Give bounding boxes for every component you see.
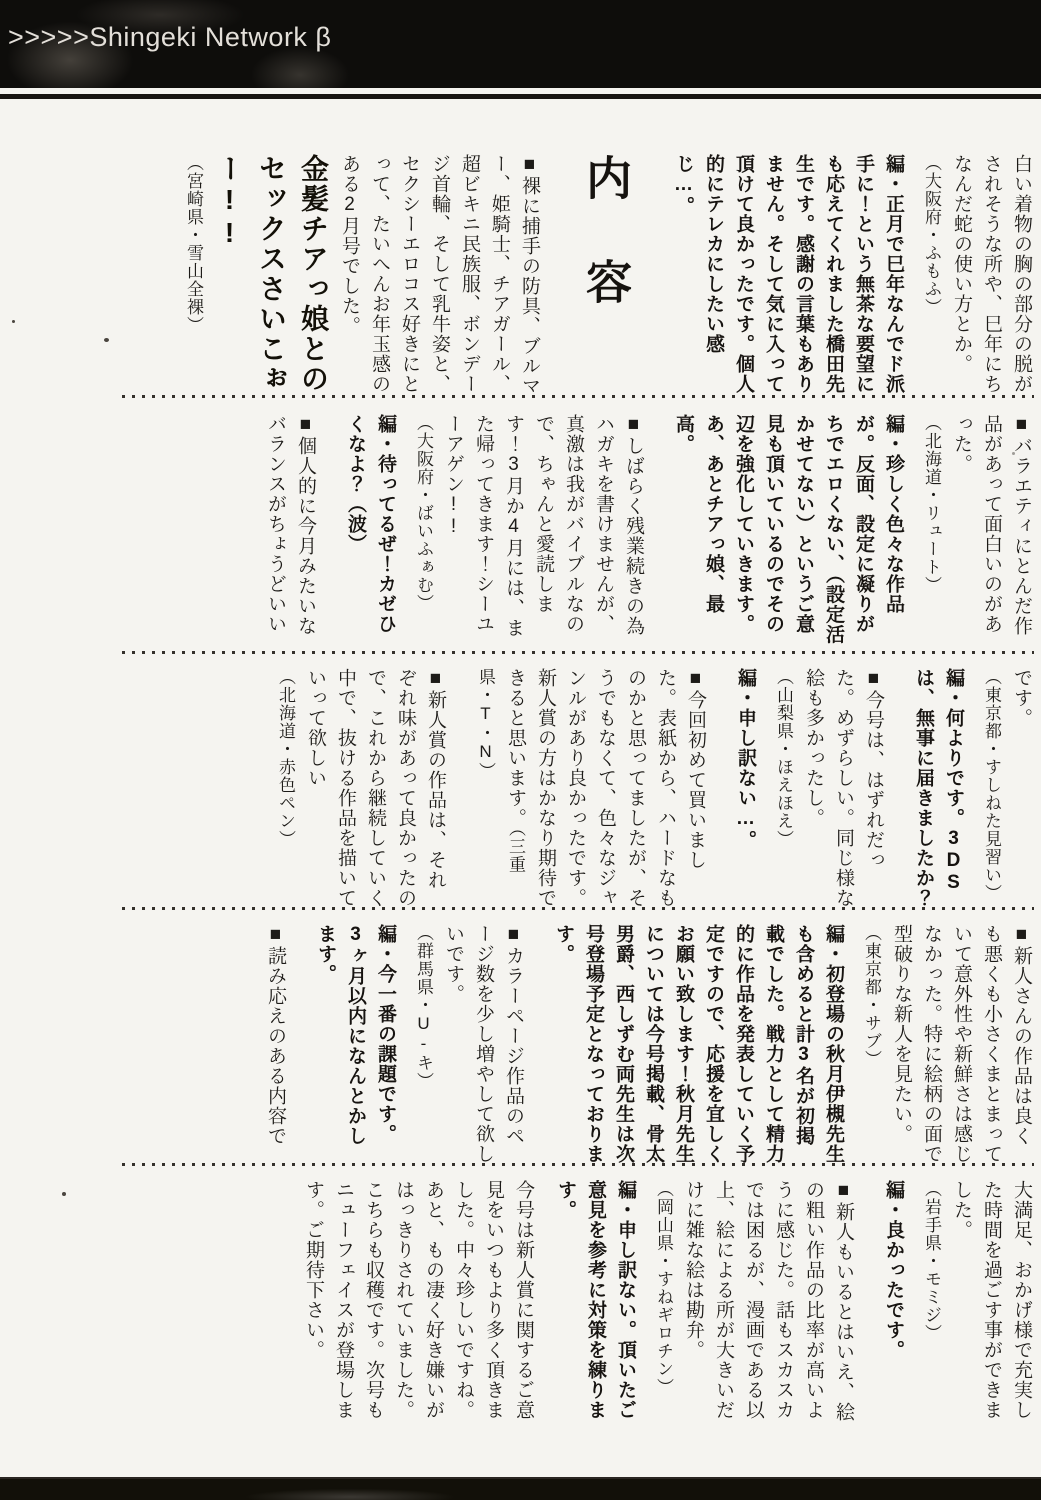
letter-text: ■今号は、はずれだった。めずらしい。同じ様な絵も多かったし。 [803, 668, 884, 908]
letter-text: ■カラーページ作品のページ数を少し増やして欲しいです。 [443, 924, 524, 1164]
letter-text: ■裸に捕手の防具、ブルマー、姫騎士、チアガール、超ビキニ民族服、ボンデージ首輪、… [339, 154, 540, 396]
editor-reply: 編・良かったです。 [878, 1180, 908, 1426]
dotted-divider [122, 907, 1034, 910]
editor-note: 今号は新人賞に関するご意見をいつもより多く頂きました。中々珍しいですね。あと、も… [298, 1180, 538, 1426]
editor-reply: 編・申し訳ない。頂いたご意見を参考に対策を練ります。 [550, 1180, 640, 1426]
sender-name: （山梨県・ほえほえ） [774, 668, 793, 848]
letter-text: 大満足、おかげ様で充実した時間を過ごす事ができました。 [951, 1180, 1032, 1420]
dotted-divider [122, 651, 1034, 654]
editor-reply: 編・初登場の秋月伊槻先生も含めると計3名が初掲載でした。戦力として精力的に作品を… [548, 924, 848, 1164]
sender-name: （岩手県・モミジ） [922, 1180, 941, 1342]
reader-letter: ■新人賞の作品は、それぞれ味があって良かったので、これから継続していく中で、抜け… [270, 668, 450, 908]
letter-text: 白い着物の胸の部分の脱がされそうな所や、巳年にちなんだ蛇の使い方とか。 [951, 154, 1032, 394]
letter-text: ■個人的に今月みたいなバランスがちょうどいい [265, 414, 316, 636]
letter-text: です。 [1011, 668, 1032, 728]
reader-letter: ■カラーページ作品のページ数を少し増やして欲しいです。（群馬県・U-キ） [408, 924, 528, 1164]
editor-reply: 編・何よりです。3DSは、無事に届きましたか？ [908, 668, 968, 908]
editor-reply: 編・申し訳ない…。 [730, 668, 760, 908]
sender-name: （群馬県・U-キ） [414, 924, 433, 1090]
editor-reply-text: 編・申し訳ない…。 [735, 668, 756, 850]
header-rule [0, 94, 1041, 99]
reader-letter: 大満足、おかげ様で充実した時間を過ごす事ができました。（岩手県・モミジ） [916, 1180, 1036, 1426]
sender-name: （東京都・サブ） [862, 924, 881, 1068]
sender-name: （東京都・すしねた見習い） [982, 668, 1001, 902]
letter-text: ■新人もいるとはいえ、絵の粗い作品の比率が高いように感じた。話もスカスカでは困る… [683, 1180, 854, 1422]
letters-band-1: 白い着物の胸の部分の脱がされそうな所や、巳年にちなんだ蛇の使い方とか。（大阪府・… [120, 154, 1036, 396]
reader-letter: ■しばらく残業続きの為ハガキを書けませんが、真激は我がバイブルなので、ちゃんと愛… [408, 414, 648, 652]
editor-reply-text: 編・良かったです。 [883, 1180, 904, 1360]
editor-reply: 編・正月で巳年なんでド派手に！という無茶な要望にも応えてくれました橋田先生です。… [668, 154, 908, 396]
letter-text: ■読み応えのある内容で [265, 924, 286, 1146]
scan-speck [1012, 452, 1015, 455]
section-title: 内容 [580, 154, 632, 362]
reader-letter: ■読み応えのある内容で [260, 924, 290, 1164]
editor-reply-text: 編・申し訳ない。頂いたご意見を参考に対策を練ります。 [555, 1180, 636, 1420]
letter-text: ■新人賞の作品は、それぞれ味があって良かったので、これから継続していく中で、抜け… [305, 668, 446, 908]
editor-reply-text: 編・正月で巳年なんでド派手に！という無茶な要望にも応えてくれました橋田先生です。… [673, 154, 904, 394]
editor-reply: 編・待ってるぜ！カゼひくなよ？（波） [340, 414, 400, 652]
reader-letter: 白い着物の胸の部分の脱がされそうな所や、巳年にちなんだ蛇の使い方とか。（大阪府・… [916, 154, 1036, 396]
editor-reply-text: 編・待ってるぜ！カゼひくなよ？（波） [345, 414, 396, 634]
editor-note-text: 今号は新人賞に関するご意見をいつもより多く頂きました。中々珍しいですね。あと、も… [303, 1180, 534, 1420]
editor-reply: 編・今一番の課題です。3ヶ月以内になんとかします。 [310, 924, 400, 1164]
sender-name: （宮崎県・雪山全裸） [184, 154, 203, 334]
bottom-banner [0, 1477, 1041, 1500]
scan-speck [104, 338, 109, 342]
letters-band-4: ■新人さんの作品は良くも悪くも小さくまとまっていて意外性や新鮮さは感じなかった。… [120, 924, 1036, 1164]
sender-name: （北海道・リュート） [922, 414, 941, 594]
letter-headline: 金髪チアっ娘とのセックスさいこぉー!! [214, 154, 329, 394]
page-title: >>>>>Shingeki Network β [8, 22, 331, 53]
reader-letter: ■個人的に今月みたいなバランスがちょうどいい [260, 414, 320, 652]
letters-band-5: 大満足、おかげ様で充実した時間を過ごす事ができました。（岩手県・モミジ） 編・良… [120, 1180, 1036, 1426]
sender-name: （北海道・赤色ペン） [276, 668, 295, 848]
editor-reply-text: 編・今一番の課題です。3ヶ月以内になんとかします。 [315, 924, 396, 1146]
editor-reply: 編・珍しく色々な作品が。反面、設定に凝りがちでエロくない、（設定活かせてない）と… [668, 414, 908, 652]
sender-name: （大阪府・ふもふ） [922, 154, 941, 316]
reader-letter: ■今号は、はずれだった。めずらしい。同じ様な絵も多かったし。（山梨県・ほえほえ） [768, 668, 888, 908]
scan-speck [62, 1192, 66, 1196]
reader-letter: です。（東京都・すしねた見習い） [976, 668, 1036, 908]
letters-band-2: ■バラエティにとんだ作品があって面白いのがあった。（北海道・リュート） 編・珍し… [120, 414, 1036, 652]
reader-letter: ■バラエティにとんだ作品があって面白いのがあった。（北海道・リュート） [916, 414, 1036, 652]
top-banner: >>>>>Shingeki Network β [0, 0, 1041, 88]
letter-text: ■しばらく残業続きの為ハガキを書けませんが、真激は我がバイブルなので、ちゃんと愛… [443, 414, 644, 638]
reader-letter: ■新人さんの作品は良くも悪くも小さくまとまっていて意外性や新鮮さは感じなかった。… [856, 924, 1036, 1164]
sender-name: （岡山県・すねギロチン） [654, 1180, 673, 1396]
reader-letter: ■裸に捕手の防具、ブルマー、姫騎士、チアガール、超ビキニ民族服、ボンデージ首輪、… [178, 154, 544, 396]
scan-speck [12, 320, 15, 323]
editor-reply-text: 編・何よりです。3DSは、無事に届きましたか？ [913, 668, 964, 908]
letters-band-3: です。（東京都・すしねた見習い） 編・何よりです。3DSは、無事に届きましたか？… [120, 668, 1036, 908]
reader-letter: ■今回初めて買いました。表紙から、ハードなものかと思ってましたが、そうでもなくて… [470, 668, 710, 908]
section-title-block: 内容 [574, 154, 638, 396]
letter-text: ■新人さんの作品は良くも悪くも小さくまとまっていて意外性や新鮮さは感じなかった。… [891, 924, 1032, 1164]
sender-name: （大阪府・ばいふぁむ） [414, 414, 433, 612]
editor-reply-text: 編・珍しく色々な作品が。反面、設定に凝りがちでエロくない、（設定活かせてない）と… [673, 414, 904, 645]
editor-reply-text: 編・初登場の秋月伊槻先生も含めると計3名が初掲載でした。戦力として精力的に作品を… [553, 924, 844, 1164]
reader-letter: ■新人もいるとはいえ、絵の粗い作品の比率が高いように感じた。話もスカスカでは困る… [648, 1180, 858, 1426]
letter-text: ■バラエティにとんだ作品があって面白いのがあった。 [951, 414, 1032, 636]
letter-text: ■今回初めて買いました。表紙から、ハードなものかと思ってましたが、そうでもなくて… [505, 668, 706, 908]
dotted-divider [122, 1163, 1034, 1166]
dotted-divider [122, 395, 1034, 398]
